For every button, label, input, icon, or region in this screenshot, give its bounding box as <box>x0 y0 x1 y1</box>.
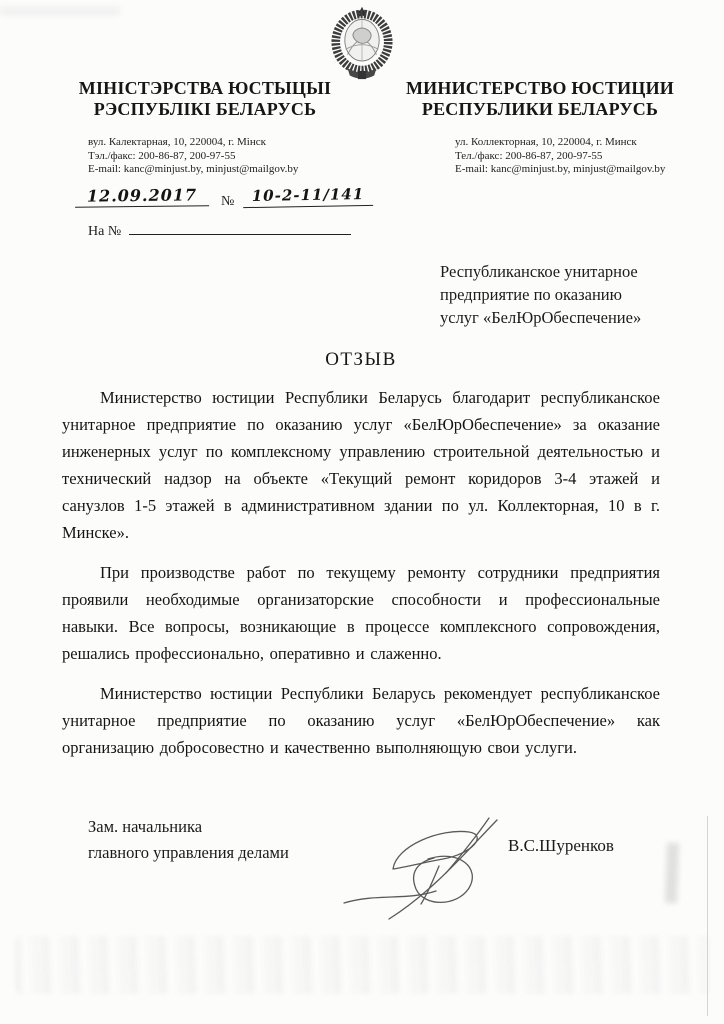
org-name-belarusian: МІНІСТЭРСТВА ЮСТЫЦЫІ РЭСПУБЛІКІ БЕЛАРУСЬ <box>55 78 355 120</box>
address-block-russian: ул. Коллекторная, 10, 220004, г. Минск Т… <box>455 136 665 177</box>
address-by-line: E-mail: kanc@minjust.by, minjust@mailgov… <box>88 163 298 177</box>
signer-position: Зам. начальника главного управления дела… <box>88 814 289 866</box>
scan-artifact-noise-band <box>15 936 710 994</box>
address-by-line: вул. Калектарная, 10, 220004, г. Мінск <box>88 136 298 150</box>
address-ru-line: E-mail: kanc@minjust.by, minjust@mailgov… <box>455 163 665 177</box>
org-name-ru-line2: РЕСПУБЛИКИ БЕЛАРУСЬ <box>385 99 695 120</box>
recipient-line: предприятие по оказанию <box>440 283 710 306</box>
org-name-russian: МИНИСТЕРСТВО ЮСТИЦИИ РЕСПУБЛИКИ БЕЛАРУСЬ <box>385 78 695 120</box>
recipient-block: Республиканское унитарное предприятие по… <box>440 260 710 329</box>
address-block-belarusian: вул. Калектарная, 10, 220004, г. Мінск Т… <box>88 136 298 177</box>
body-paragraph: Министерство юстиции Республики Беларусь… <box>62 680 660 761</box>
letterhead-emblem <box>0 4 724 80</box>
org-name-by-line1: МІНІСТЭРСТВА ЮСТЫЦЫІ <box>55 78 355 99</box>
date-handwritten: 12.09.2017 <box>75 185 209 207</box>
recipient-line: услуг «БелЮрОбеспечение» <box>440 306 710 329</box>
outgoing-number-handwritten: 10-2-11/141 <box>243 185 373 208</box>
signer-position-line: главного управления делами <box>88 840 289 866</box>
address-by-line: Тэл./факс: 200-86-87, 200-97-55 <box>88 150 298 164</box>
reply-number-blank-line <box>129 222 351 235</box>
belarus-coat-of-arms-icon <box>316 4 408 80</box>
body-paragraph: Министерство юстиции Республики Беларусь… <box>62 384 660 546</box>
document-title: ОТЗЫВ <box>62 349 660 371</box>
scanned-letter-page: МІНІСТЭРСТВА ЮСТЫЦЫІ РЭСПУБЛІКІ БЕЛАРУСЬ… <box>0 0 724 1024</box>
handwritten-signature-icon <box>338 806 508 931</box>
number-sign-label: № <box>221 194 234 210</box>
address-ru-line: Тел./факс: 200-86-87, 200-97-55 <box>455 150 665 164</box>
reply-label: На № <box>88 224 121 239</box>
signature-block: Зам. начальника главного управления дела… <box>0 812 724 942</box>
address-ru-line: ул. Коллекторная, 10, 220004, г. Минск <box>455 136 665 150</box>
signer-position-line: Зам. начальника <box>88 814 289 840</box>
letterhead-org-names: МІНІСТЭРСТВА ЮСТЫЦЫІ РЭСПУБЛІКІ БЕЛАРУСЬ… <box>0 78 724 120</box>
letter-body: Министерство юстиции Республики Беларусь… <box>62 384 660 774</box>
org-name-ru-line1: МИНИСТЕРСТВО ЮСТИЦИИ <box>385 78 695 99</box>
body-paragraph: При производстве работ по текущему ремон… <box>62 559 660 667</box>
reply-reference-row: На № <box>88 222 351 240</box>
signer-name: В.С.Шуренков <box>508 836 614 856</box>
recipient-line: Республиканское унитарное <box>440 260 710 283</box>
org-name-by-line2: РЭСПУБЛІКІ БЕЛАРУСЬ <box>55 99 355 120</box>
